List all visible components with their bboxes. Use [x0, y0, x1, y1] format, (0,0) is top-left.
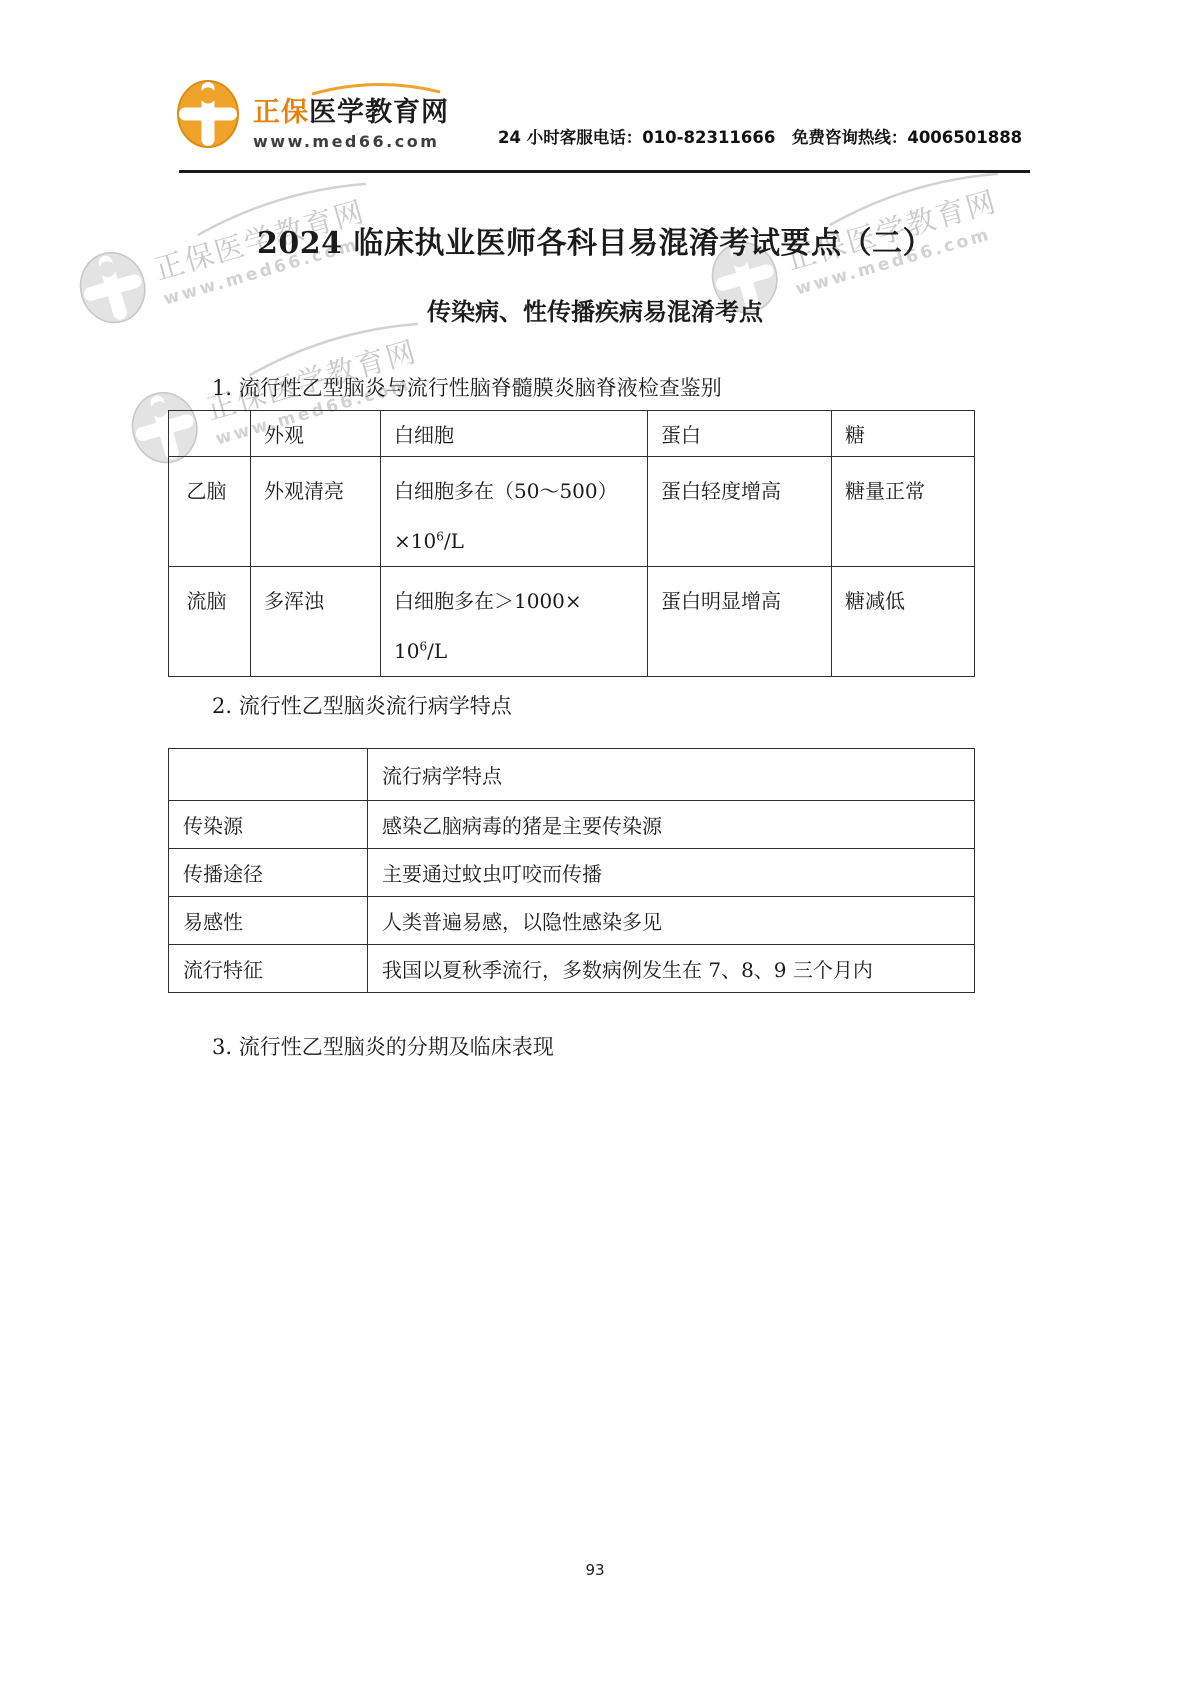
- table-cell: 传播途径: [169, 849, 368, 897]
- page-number: 93: [0, 1561, 1190, 1579]
- table-cell: 流行特征: [169, 945, 368, 993]
- table-header-cell: 白细胞: [381, 411, 648, 457]
- table-cell: 糖减低: [832, 567, 975, 677]
- brand-url: www.med66.com: [253, 132, 449, 151]
- superscript: 6: [419, 639, 427, 653]
- wbc-line-1: 白细胞多在（50～500）: [394, 466, 641, 516]
- doc-title: 2024 临床执业医师各科目易混淆考试要点（二）: [0, 218, 1190, 262]
- wbc-line-2: ×106/L: [394, 516, 641, 566]
- header-rule: [179, 170, 1030, 173]
- wbc-line-2: 106/L: [394, 626, 641, 676]
- table-cell: 蛋白明显增高: [648, 567, 832, 677]
- table-cell: 人类普遍易感，以隐性感染多见: [368, 897, 975, 945]
- wbc-line-1: 白细胞多在＞1000×: [394, 576, 641, 626]
- table-cell: 白细胞多在（50～500） ×106/L: [381, 457, 648, 567]
- table-cell: 流脑: [169, 567, 251, 677]
- brand-name-highlight: 正保: [253, 97, 309, 128]
- med66-logo-icon: [176, 79, 240, 149]
- table-cell: 传染源: [169, 801, 368, 849]
- csf-comparison-table: 外观 白细胞 蛋白 糖 乙脑 外观清亮 白细胞多在（50～500） ×106/L…: [168, 410, 975, 677]
- table-header-cell: [169, 411, 251, 457]
- brand-arc-icon: [310, 82, 442, 96]
- table-row: 易感性 人类普遍易感，以隐性感染多见: [169, 897, 975, 945]
- section-1-heading: 1. 流行性乙型脑炎与流行性脑脊髓膜炎脑脊液检查鉴别: [212, 372, 722, 402]
- table-row: 传播途径 主要通过蚊虫叮咬而传播: [169, 849, 975, 897]
- table-row: 乙脑 外观清亮 白细胞多在（50～500） ×106/L 蛋白轻度增高 糖量正常: [169, 457, 975, 567]
- table-cell: 多浑浊: [251, 567, 381, 677]
- epidemiology-table: 流行病学特点 传染源 感染乙脑病毒的猪是主要传染源 传播途径 主要通过蚊虫叮咬而…: [168, 748, 975, 993]
- document-page: 正保医学教育网 www.med66.com 正保医学教育网 www.med66.…: [0, 0, 1190, 1683]
- section-2-heading: 2. 流行性乙型脑炎流行病学特点: [212, 690, 512, 720]
- superscript: 6: [436, 529, 444, 543]
- table-header-cell: 蛋白: [648, 411, 832, 457]
- header-contact: 24 小时客服电话：010-82311666 免费咨询热线：4006501888: [498, 124, 1022, 148]
- table-cell: 蛋白轻度增高: [648, 457, 832, 567]
- table-header-cell: 流行病学特点: [368, 749, 975, 801]
- brand-name-rest: 医学教育网: [309, 97, 449, 128]
- table-cell: 糖量正常: [832, 457, 975, 567]
- table-row: 传染源 感染乙脑病毒的猪是主要传染源: [169, 801, 975, 849]
- brand-name: 正保医学教育网: [253, 90, 449, 129]
- doc-subtitle: 传染病、性传播疾病易混淆考点: [0, 292, 1190, 327]
- table-row: 流脑 多浑浊 白细胞多在＞1000× 106/L 蛋白明显增高 糖减低: [169, 567, 975, 677]
- table-header-cell: 糖: [832, 411, 975, 457]
- table-cell: 白细胞多在＞1000× 106/L: [381, 567, 648, 677]
- med66-logo: 正保医学教育网 www.med66.com: [253, 90, 449, 151]
- table-header-cell: [169, 749, 368, 801]
- section-3-heading: 3. 流行性乙型脑炎的分期及临床表现: [212, 1031, 554, 1061]
- table-header-cell: 外观: [251, 411, 381, 457]
- table-header-row: 外观 白细胞 蛋白 糖: [169, 411, 975, 457]
- table-cell: 乙脑: [169, 457, 251, 567]
- table-cell: 易感性: [169, 897, 368, 945]
- table-header-row: 流行病学特点: [169, 749, 975, 801]
- table-cell: 我国以夏秋季流行，多数病例发生在 7、8、9 三个月内: [368, 945, 975, 993]
- table-cell: 感染乙脑病毒的猪是主要传染源: [368, 801, 975, 849]
- table-cell: 外观清亮: [251, 457, 381, 567]
- table-cell: 主要通过蚊虫叮咬而传播: [368, 849, 975, 897]
- table-row: 流行特征 我国以夏秋季流行，多数病例发生在 7、8、9 三个月内: [169, 945, 975, 993]
